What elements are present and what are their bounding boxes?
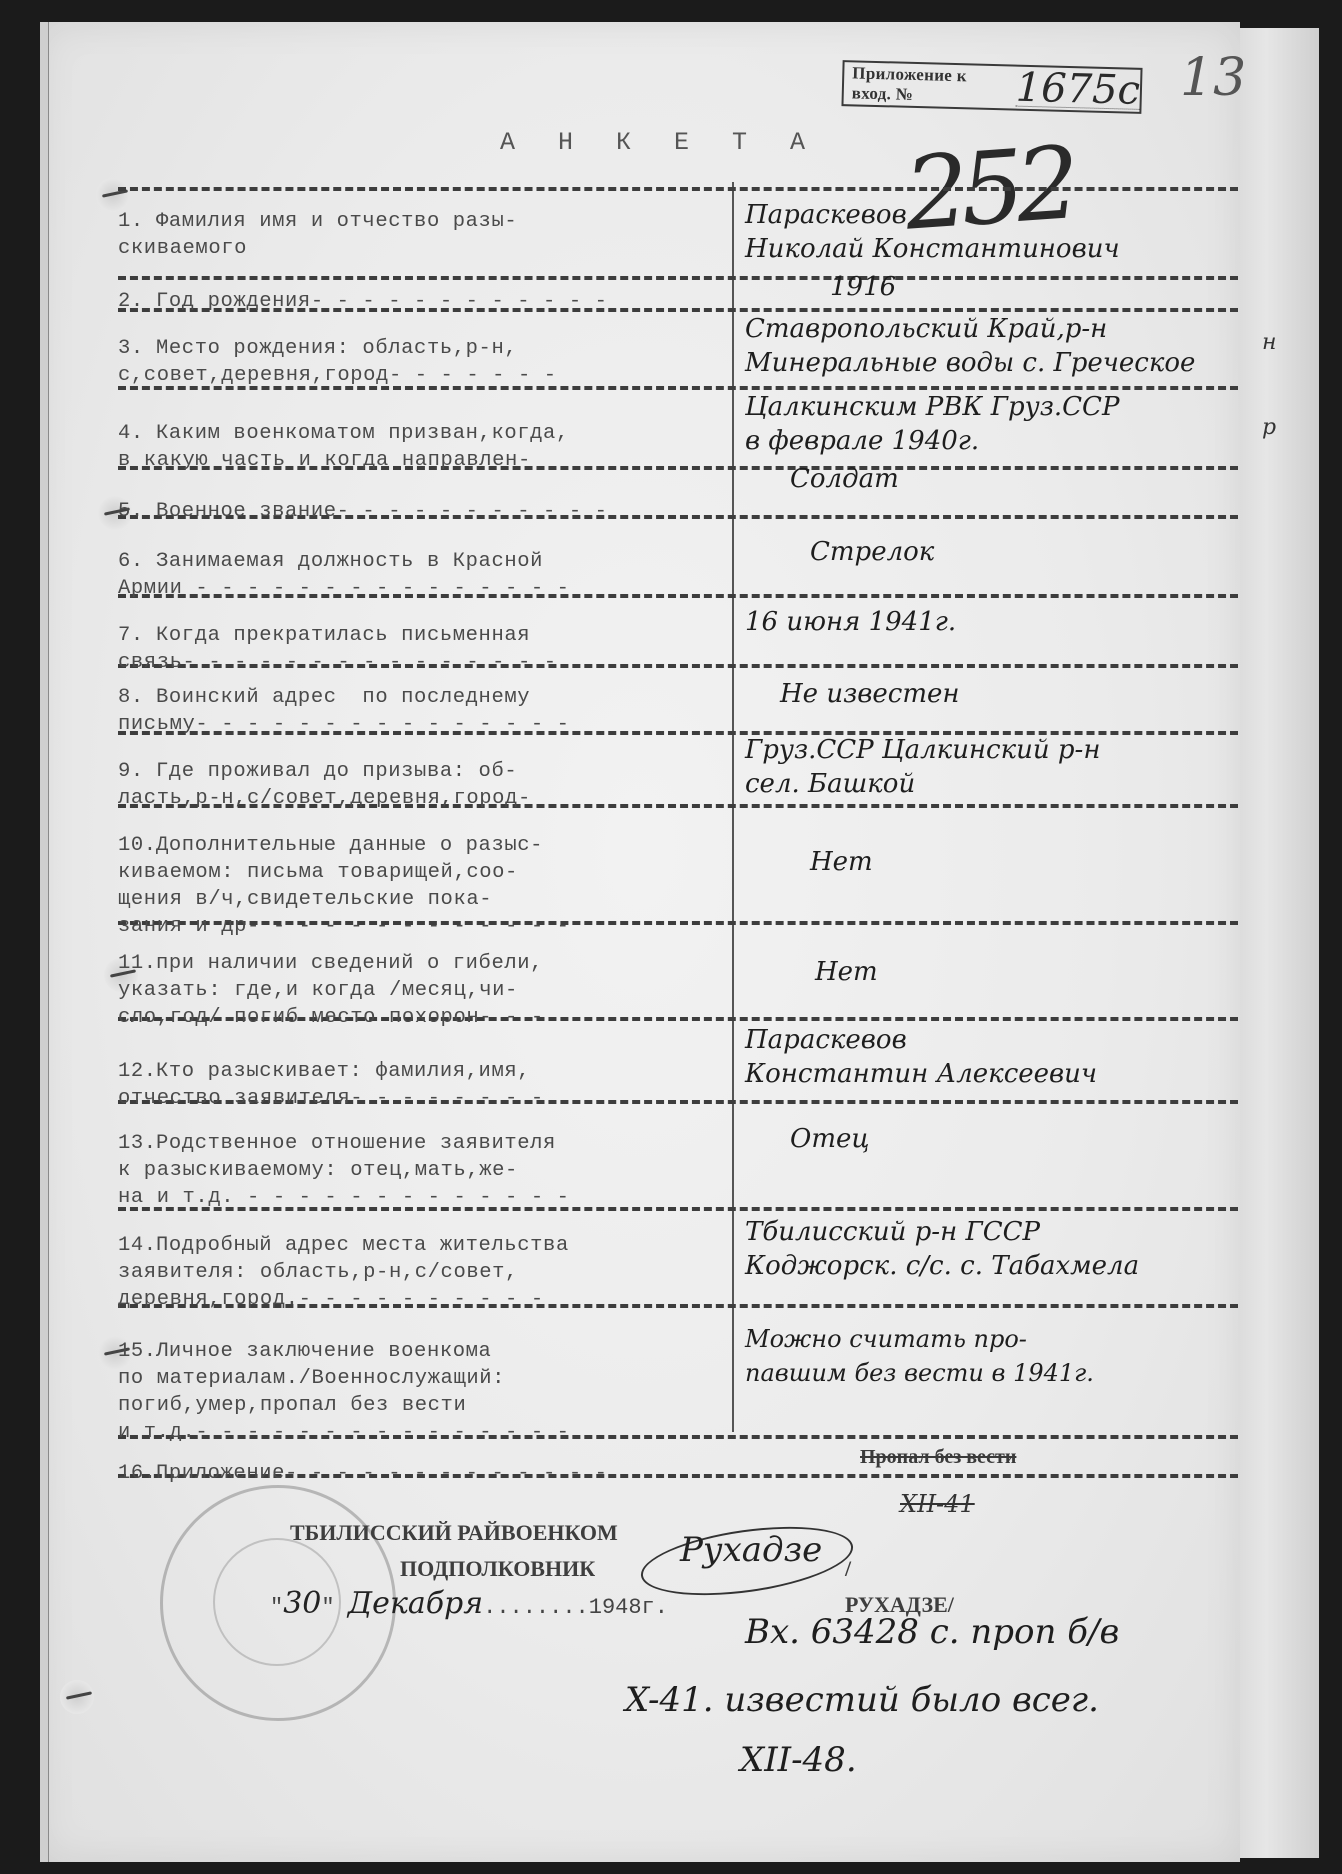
answer-15: Можно считать про- павшим без вести в 19…: [745, 1322, 1235, 1390]
margin-mark: н: [1262, 330, 1277, 355]
incoming-label: Приложение к вход. №: [852, 63, 1009, 107]
answer-14: Тбилисский р-н ГССР Коджорск. с/с. с. Та…: [745, 1215, 1235, 1283]
question-6: 6.Занимаемая должность в Красной Армии -…: [118, 548, 730, 602]
answer-7: 16 июня 1941г.: [745, 605, 1235, 639]
question-2: 2.Год рождения- - - - - - - - - - - -: [118, 288, 730, 315]
question-7: 7.Когда прекратилась письменная связь- -…: [118, 622, 730, 676]
stamp-date-note: XII-41: [900, 1490, 975, 1518]
answer-6: Стрелок: [810, 535, 1300, 569]
answer-2: 1916: [830, 270, 1320, 304]
answer-9: Груз.ССР Цалкинский р-н сел. Башкой: [745, 733, 1235, 801]
punch-hole: [96, 178, 130, 212]
answer-4: Цалкинским РВК Груз.ССР в феврале 1940г.: [745, 390, 1235, 458]
date-line: "30" Декабря........1948г.: [270, 1586, 668, 1621]
question-12: 12.Кто разыскивает: фамилия,имя, отчеств…: [118, 1058, 730, 1112]
question-3: 3.Место рождения: область,р-н, с,совет,д…: [118, 335, 730, 389]
question-10: 10.Дополнительные данные о разыс- киваем…: [118, 832, 730, 940]
margin-mark: р: [1262, 415, 1276, 440]
handwritten-note-1: Вх. 63428 с. проп б/в: [745, 1612, 1119, 1652]
answer-8: Не известен: [780, 677, 1270, 711]
answer-5: Солдат: [790, 462, 1280, 496]
handwritten-note-3: XII-48.: [740, 1740, 857, 1780]
handwritten-signature: Рухадзе: [680, 1530, 822, 1570]
incoming-number: 1675с: [1015, 69, 1140, 109]
answer-3: Ставропольский Край,р-н Минеральные воды…: [745, 312, 1235, 380]
answer-1: Параскевов Николай Константинович: [745, 198, 1235, 266]
signature-office: ТБИЛИССКИЙ РАЙВОЕНКОМ: [290, 1515, 618, 1551]
date-day: 30: [283, 1586, 321, 1621]
question-8: 8.Воинский адрес по последнему письму- -…: [118, 684, 730, 738]
date-year: ........1948г.: [483, 1595, 668, 1620]
question-4: 4.Каким военкоматом призван,когда, в как…: [118, 420, 730, 474]
date-month: Декабря: [348, 1586, 483, 1621]
question-9: 9.Где проживал до призыва: об- ласть,р-н…: [118, 758, 730, 812]
answer-13: Отец: [790, 1122, 1280, 1156]
question-5: 5.Военное звание- - - - - - - - - - -: [118, 498, 730, 525]
question-14: 14.Подробный адрес места жительства заяв…: [118, 1232, 730, 1313]
answer-12: Параскевов Константин Алексеевич: [745, 1023, 1235, 1091]
page-edge: [40, 22, 49, 1862]
signature-rank: ПОДПОЛКОВНИК: [400, 1551, 618, 1587]
missing-stamp: Пропал без вести: [860, 1446, 1016, 1469]
sheet-number: 13: [1180, 48, 1246, 108]
question-11: 11.при наличии сведений о гибели, указат…: [118, 950, 730, 1031]
row-separator: [118, 187, 1238, 191]
answer-11: Нет: [815, 955, 1305, 989]
answer-10: Нет: [810, 845, 1300, 879]
incoming-number-box: Приложение к вход. № 1675с: [841, 60, 1142, 114]
question-13: 13.Родственное отношение заявителя к раз…: [118, 1130, 730, 1211]
signature-block: ТБИЛИССКИЙ РАЙВОЕНКОМ ПОДПОЛКОВНИК /РУХА…: [290, 1515, 618, 1587]
punch-hole: [60, 1680, 94, 1714]
question-15: 15.Личное заключение военкома по материа…: [118, 1338, 730, 1446]
question-1: 1.Фамилия имя и отчество разы- скиваемог…: [118, 208, 730, 262]
handwritten-note-2: X-41. известий было всег.: [625, 1680, 1099, 1720]
form-title: А Н К Е Т А: [500, 128, 819, 157]
question-16: 16.Приложение- - - - - - - - - - - - -: [118, 1460, 730, 1487]
